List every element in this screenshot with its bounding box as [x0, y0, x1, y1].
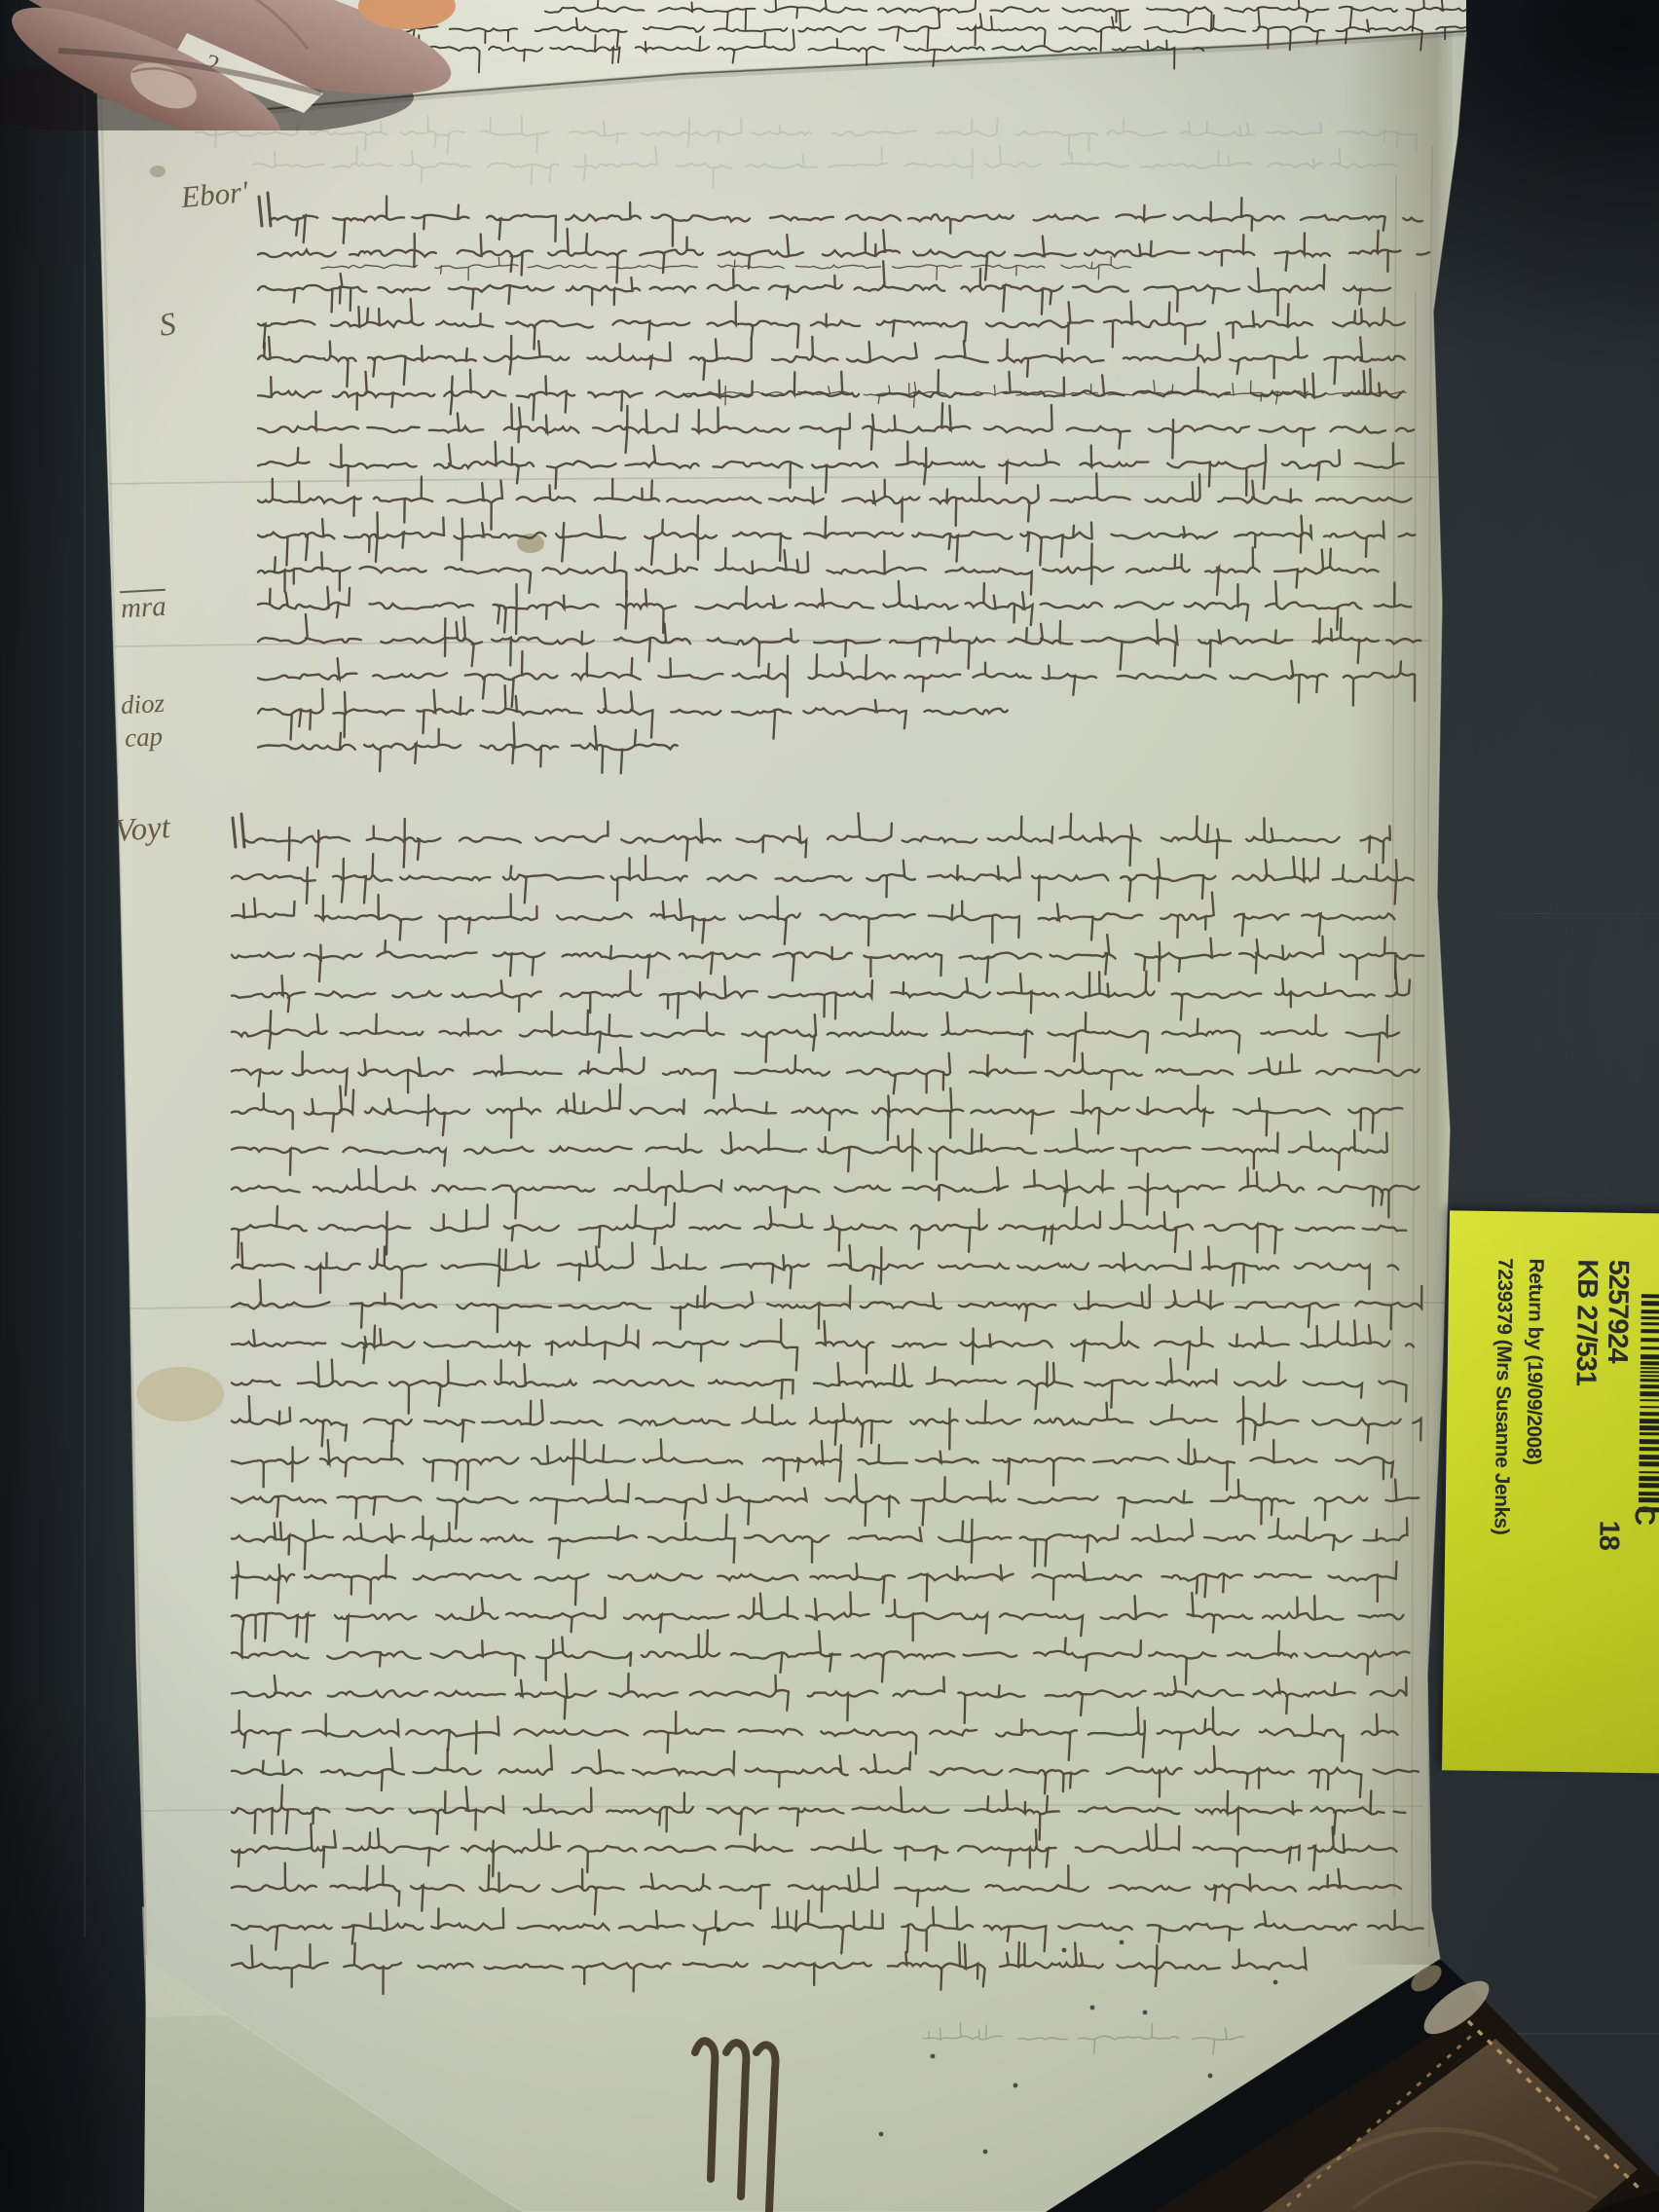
- note-reader: 7239379 (Mrs Susanne Jenks): [1491, 1258, 1515, 1534]
- margin-note-6: Voyt: [114, 812, 171, 848]
- note-class-number: 18: [1594, 1520, 1622, 1550]
- margin-note-5: cap: [124, 723, 163, 752]
- margin-note-4: dioz: [120, 690, 165, 719]
- curled-right-edge: [1344, 32, 1453, 1965]
- note-item-number: 5257924: [1603, 1260, 1632, 1363]
- margin-note-1: Ebor': [180, 176, 249, 212]
- note-class-letter: C: [1630, 1505, 1658, 1525]
- sticky-note-face: C 5257924 18 KB 27/531 Return by (19/09/…: [1442, 1210, 1659, 1774]
- note-catalogue-ref: KB 27/531: [1571, 1259, 1602, 1385]
- note-return-by: Return by (19/09/2008): [1523, 1258, 1546, 1464]
- margin-note-3: mra: [120, 593, 166, 623]
- manuscript-photo-svg: 2: [0, 0, 1659, 2212]
- parchment-stain: [136, 1367, 224, 1421]
- photo-canvas: 2 Ebor'SmradiozcapVoyt C 52: [0, 0, 1659, 2212]
- barcode: [1639, 1294, 1659, 1517]
- parchment-membrane: [49, 0, 1466, 2212]
